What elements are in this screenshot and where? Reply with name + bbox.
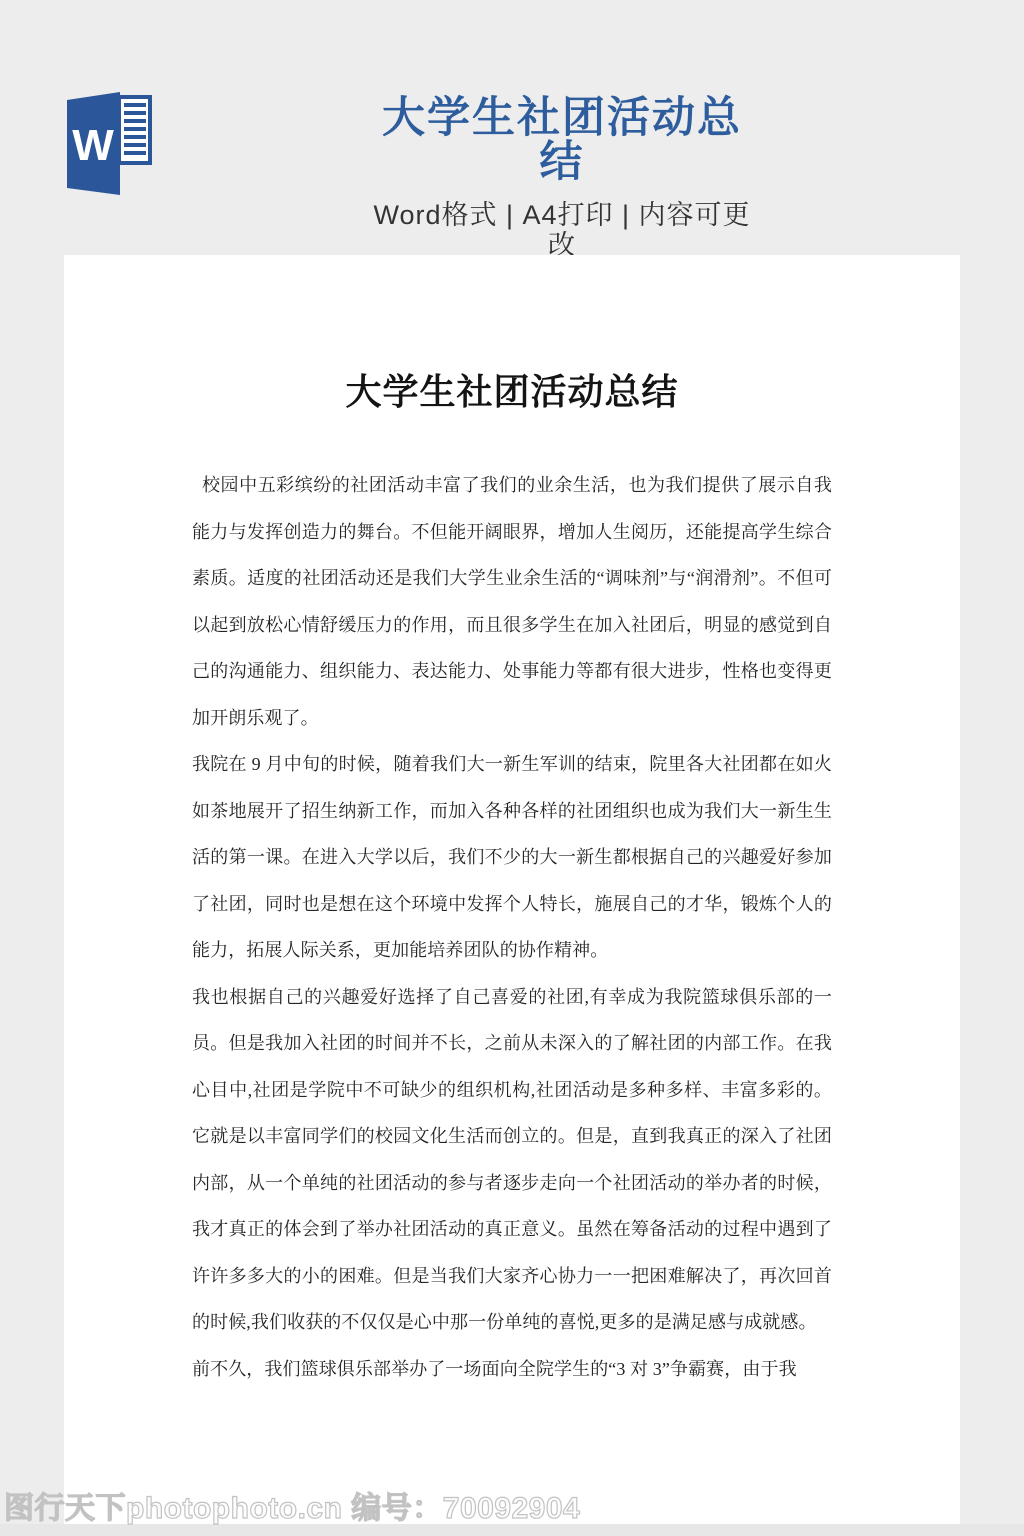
document-paragraph: 我也根据自己的兴趣爱好选择了自己喜爱的社团,有幸成为我院篮球俱乐部的一员。但是我… (192, 974, 832, 1346)
template-preview: W 大学生社团活动总结 Word格式 | A4打印 | 内容可更改 大学生社团活… (0, 0, 1024, 1536)
header-subtitle: Word格式 | A4打印 | 内容可更改 (362, 200, 762, 260)
watermark-text: 图行天下photophoto.cn 编号：70092904 (4, 1492, 580, 1526)
word-icon-letter: W (72, 121, 114, 170)
word-icon-graphic: W (66, 90, 153, 196)
document-paragraph: 我院在 9 月中旬的时候，随着我们大一新生军训的结束，院里各大社团都在如火如茶地… (192, 741, 832, 974)
document-title: 大学生社团活动总结 (64, 365, 960, 419)
header-title: 大学生社团活动总结 (362, 96, 762, 184)
word-icon: W (66, 90, 153, 196)
document-body: 校园中五彩缤纷的社团活动丰富了我们的业余生活，也为我们提供了展示自我能力与发挥创… (192, 462, 832, 1392)
document-page: 大学生社团活动总结 校园中五彩缤纷的社团活动丰富了我们的业余生活，也为我们提供了… (64, 255, 960, 1524)
document-paragraph: 校园中五彩缤纷的社团活动丰富了我们的业余生活，也为我们提供了展示自我能力与发挥创… (192, 462, 832, 741)
header: 大学生社团活动总结 Word格式 | A4打印 | 内容可更改 (362, 96, 762, 260)
document-paragraph: 前不久，我们篮球俱乐部举办了一场面向全院学生的“3 对 3”争霸赛，由于我 (192, 1346, 832, 1393)
